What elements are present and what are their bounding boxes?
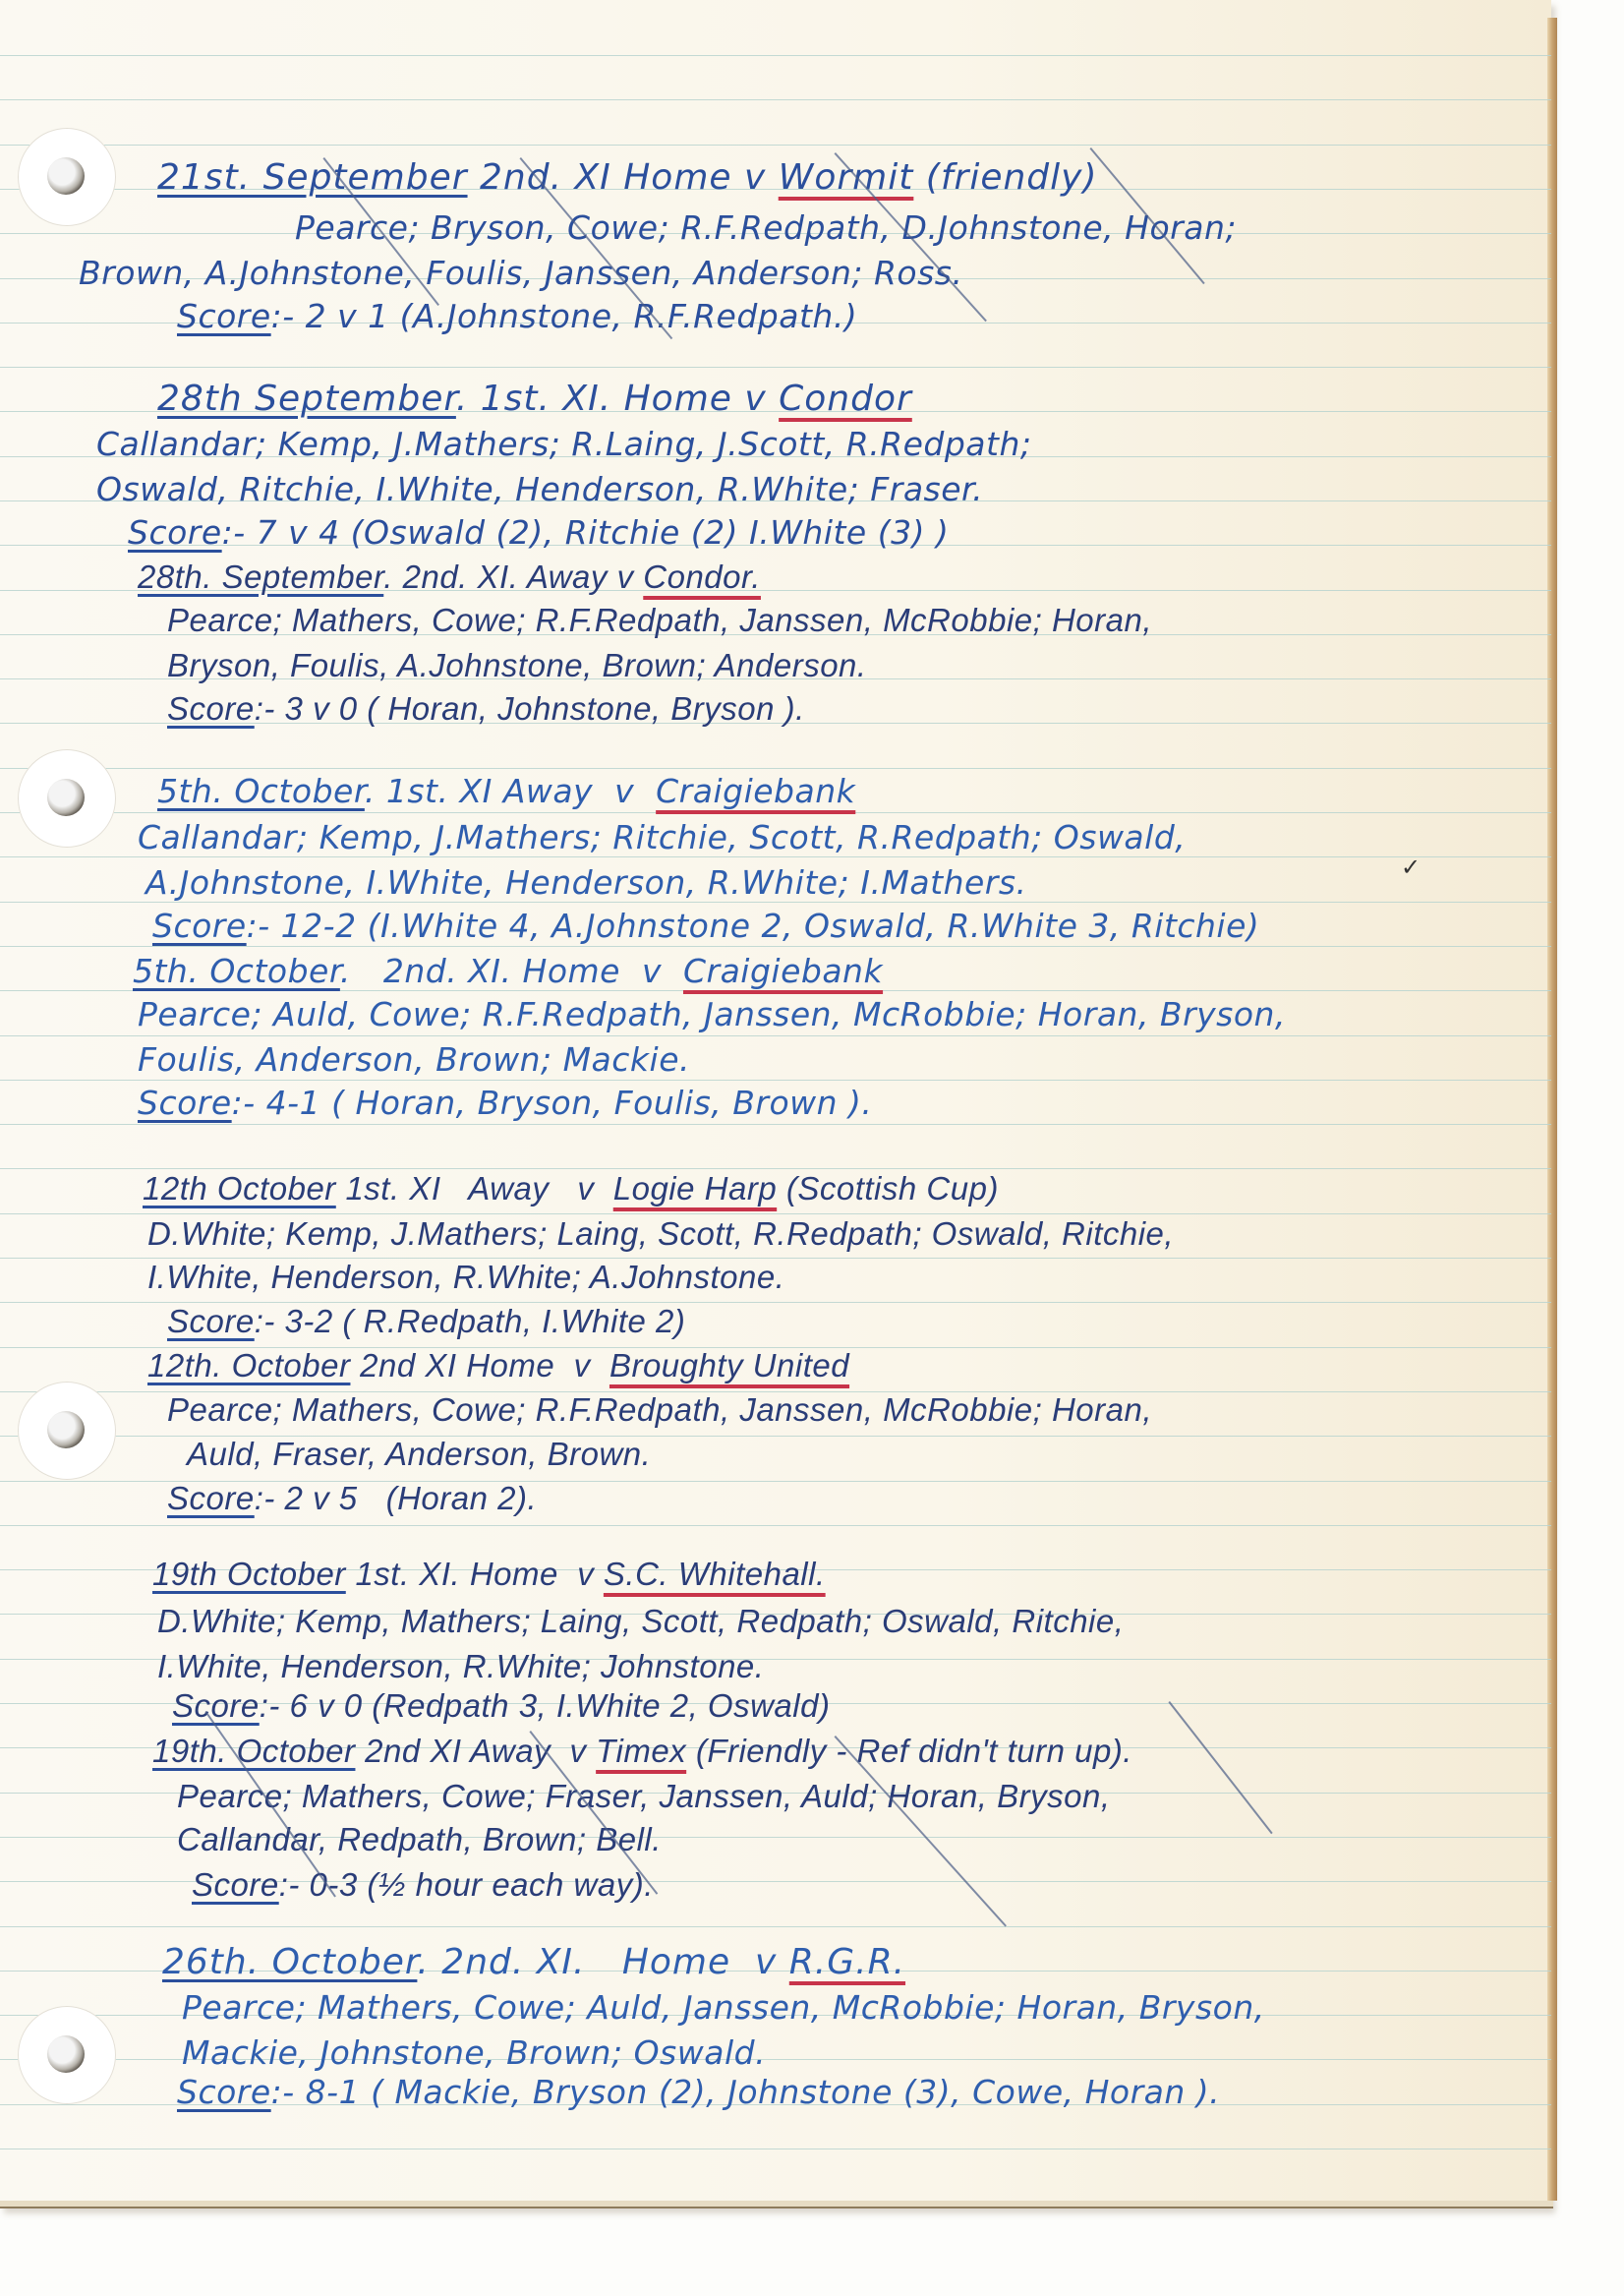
match-date: 12th October xyxy=(143,1170,336,1207)
score-label: Score xyxy=(167,690,255,727)
match-date: 5th. October xyxy=(157,772,365,810)
match-date: 12th. October xyxy=(147,1347,350,1383)
lineup-line: Bryson, Foulis, A.Johnstone, Brown; Ande… xyxy=(167,647,867,684)
lineup-line: Pearce; Mathers, Cowe; R.F.Redpath, Jans… xyxy=(167,602,1152,639)
punch-hole-icon xyxy=(18,749,116,848)
lineup-line: I.White, Henderson, R.White; Johnstone. xyxy=(157,1648,764,1685)
scorers: (Horan 2). xyxy=(386,1480,538,1516)
scorers: ( R.Redpath, I.White 2) xyxy=(342,1303,685,1339)
score-value: :- 12-2 xyxy=(247,907,357,945)
match-venue: Away xyxy=(470,1733,551,1769)
match-opponent: Condor xyxy=(779,379,912,419)
match-team: 2nd XI xyxy=(365,1733,461,1769)
score-label: Score xyxy=(128,513,222,552)
ruled-line xyxy=(0,1168,1551,1169)
score-value: :- 8-1 xyxy=(271,2073,360,2111)
lineup-line: Pearce; Mathers, Cowe; Fraser, Janssen, … xyxy=(177,1778,1111,1815)
ruled-line xyxy=(0,990,1551,991)
match-team: 2nd. XI xyxy=(441,1942,573,1982)
lineup-line: Oswald, Ritchie, I.White, Henderson, R.W… xyxy=(96,470,983,508)
match-opponent: Craigiebank xyxy=(683,952,883,990)
match-date: 28th. September xyxy=(138,559,383,595)
lineup-line: Pearce; Mathers, Cowe; R.F.Redpath, Jans… xyxy=(167,1391,1152,1429)
lineup-line: Pearce; Bryson, Cowe; R.F.Redpath, D.Joh… xyxy=(295,208,1237,247)
lineup-line: Foulis, Anderson, Brown; Mackie. xyxy=(138,1040,690,1079)
score-label: Score xyxy=(138,1084,232,1122)
ruled-line xyxy=(0,55,1551,56)
score-value: :- 3 v 0 xyxy=(255,690,358,727)
match-venue: Home xyxy=(523,952,620,990)
ruled-line xyxy=(0,1080,1551,1081)
score-value: :- 2 v 1 xyxy=(271,297,389,335)
lineup-line: D.White; Kemp, J.Mathers; Laing, Scott, … xyxy=(147,1215,1174,1253)
match-opponent: Craigiebank xyxy=(656,772,855,810)
ruled-line xyxy=(0,99,1551,100)
match-venue: Away xyxy=(503,772,593,810)
lineup-line: Auld, Fraser, Anderson, Brown. xyxy=(187,1436,651,1473)
lineup-line: Callandar, Redpath, Brown; Bell. xyxy=(177,1821,662,1858)
match-team: 2nd. XI xyxy=(383,952,501,990)
ruled-line xyxy=(0,2149,1551,2149)
match-opponent: Timex xyxy=(596,1733,686,1769)
match-team: 1st. XI xyxy=(481,379,600,419)
punch-hole-icon xyxy=(18,1382,116,1480)
match-team: 2nd. XI xyxy=(403,559,509,595)
ruled-line xyxy=(0,1525,1551,1526)
score-label: Score xyxy=(177,297,271,335)
scorers: (A.Johnstone, R.F.Redpath.) xyxy=(400,297,858,335)
lineup-line: Callandar; Kemp, J.Mathers; R.Laing, J.S… xyxy=(96,425,1032,463)
match-team: 1st. XI xyxy=(345,1170,440,1207)
ruled-line xyxy=(0,812,1551,813)
punch-hole-icon xyxy=(18,2006,116,2104)
lineup-line: Mackie, Johnstone, Brown; Oswald. xyxy=(182,2033,766,2072)
page-bottom-edge xyxy=(0,2201,1553,2208)
ruled-line xyxy=(0,856,1551,857)
score-label: Score xyxy=(167,1303,255,1339)
ruled-line xyxy=(0,1035,1551,1036)
match-venue: Home xyxy=(624,379,732,419)
match-date: 21st. September xyxy=(157,157,468,198)
match-team: 2nd. XI xyxy=(480,157,611,198)
score-label: Score xyxy=(192,1866,279,1903)
lineup-line: Pearce; Auld, Cowe; R.F.Redpath, Janssen… xyxy=(138,995,1286,1033)
match-venue: Away xyxy=(468,1170,549,1207)
match-venue: Home xyxy=(470,1556,558,1592)
scorers: (½ hour each way). xyxy=(367,1866,653,1903)
match-date: 19th. October xyxy=(152,1733,355,1769)
ruled-line xyxy=(0,1124,1551,1125)
score-value: :- 6 v 0 xyxy=(260,1687,363,1724)
ruled-line xyxy=(0,1213,1551,1214)
punch-hole-icon xyxy=(18,128,116,226)
match-opponent: S.C. Whitehall. xyxy=(604,1556,826,1592)
lineup-line: Pearce; Mathers, Cowe; Auld, Janssen, Mc… xyxy=(182,1988,1265,2027)
scorers: (Oswald (2), Ritchie (2) I.White (3) ) xyxy=(351,513,950,552)
match-team: 2nd XI xyxy=(360,1347,456,1383)
lineup-line: Callandar; Kemp, J.Mathers; Ritchie, Sco… xyxy=(138,818,1186,856)
score-value: :- 3-2 xyxy=(255,1303,333,1339)
match-opponent: Condor. xyxy=(643,559,761,595)
lineup-line: I.White, Henderson, R.White; A.Johnstone… xyxy=(147,1259,784,1296)
match-note: (Scottish Cup) xyxy=(786,1170,999,1207)
check-mark-icon: ✓ xyxy=(1401,854,1421,881)
ruled-line xyxy=(0,902,1551,903)
scorers: ( Mackie, Bryson (2), Johnstone (3), Cow… xyxy=(371,2073,1220,2111)
lineup-line: A.Johnstone, I.White, Henderson, R.White… xyxy=(145,863,1027,902)
ruled-line xyxy=(0,145,1551,146)
match-venue: Home xyxy=(466,1347,554,1383)
scorers: (I.White 4, A.Johnstone 2, Oswald, R.Whi… xyxy=(368,907,1260,945)
lineup-line: D.White; Kemp, Mathers; Laing, Scott, Re… xyxy=(157,1603,1124,1640)
match-opponent: R.G.R. xyxy=(789,1942,905,1982)
lineup-line: Brown, A.Johnstone, Foulis, Janssen, And… xyxy=(79,254,963,292)
match-note: (friendly) xyxy=(926,157,1098,198)
ruled-line xyxy=(0,768,1551,769)
ruled-line xyxy=(0,1926,1551,1927)
score-value: :- 4-1 xyxy=(232,1084,320,1122)
match-team: 1st. XI xyxy=(386,772,493,810)
match-venue: Home xyxy=(623,157,731,198)
score-label: Score xyxy=(167,1480,255,1516)
match-date: 19th October xyxy=(152,1556,346,1592)
scorers: ( Horan, Johnstone, Bryson ). xyxy=(367,690,805,727)
ruled-line xyxy=(0,367,1551,368)
scorers: ( Horan, Bryson, Foulis, Brown ). xyxy=(331,1084,872,1122)
ruled-line xyxy=(0,946,1551,947)
match-date: 5th. October xyxy=(133,952,340,990)
match-venue: Home xyxy=(622,1942,730,1982)
match-note: (Friendly - Ref didn't turn up). xyxy=(696,1733,1132,1769)
page-edge xyxy=(1547,18,1557,2201)
match-date: 28th September xyxy=(157,379,456,419)
scorers: (Redpath 3, I.White 2, Oswald) xyxy=(372,1687,830,1724)
score-value: :- 2 v 5 xyxy=(255,1480,358,1516)
score-label: Score xyxy=(152,907,247,945)
match-opponent: Logie Harp xyxy=(613,1170,777,1207)
score-value: :- 7 v 4 xyxy=(222,513,340,552)
score-label: Score xyxy=(172,1687,260,1724)
match-venue: Away xyxy=(527,559,608,595)
match-opponent: Broughty United xyxy=(609,1347,849,1383)
match-date: 26th. October xyxy=(162,1942,417,1982)
score-label: Score xyxy=(177,2073,271,2111)
match-team: 1st. XI. xyxy=(355,1556,460,1592)
